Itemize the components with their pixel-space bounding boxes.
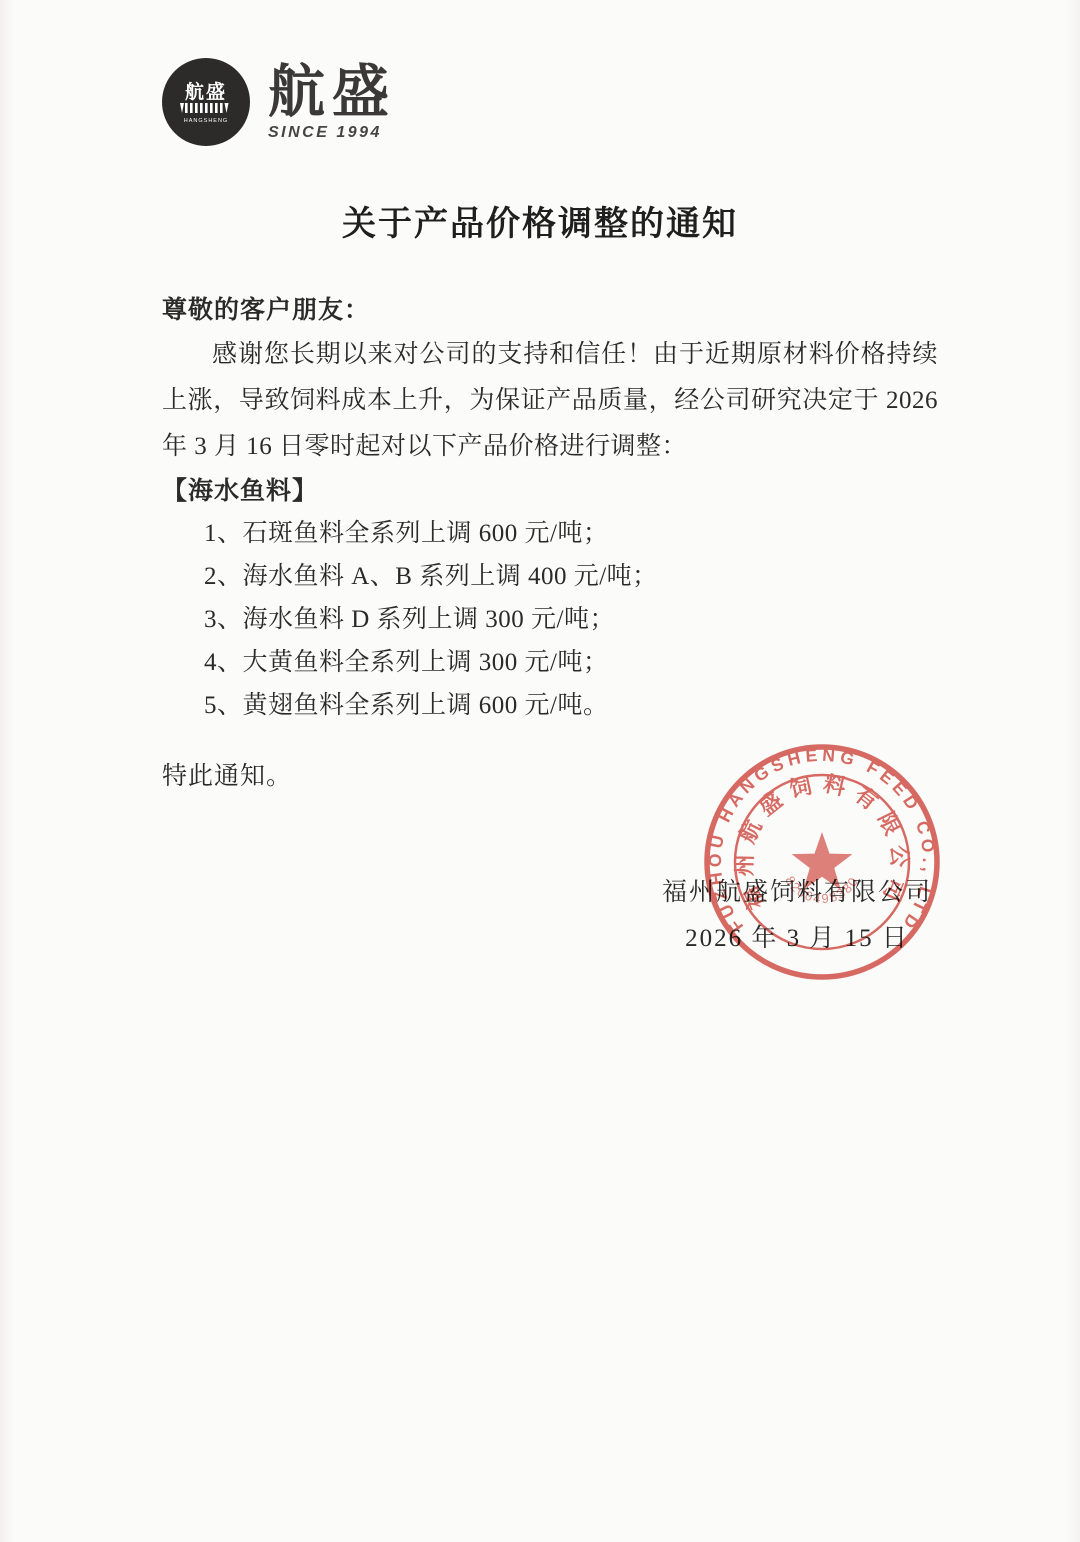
- list-item: 1、石斑鱼料全系列上调 600 元/吨；: [162, 512, 938, 555]
- company-seal-stamp: FUZHOU HANGSHENG FEED CO., LTD 福州航盛饲料有限公…: [698, 738, 946, 986]
- seal-star-icon: [792, 832, 853, 890]
- notice-title: 关于产品价格调整的通知: [0, 196, 1080, 245]
- brand-emblem-icon: 航盛 HANGSHENG: [160, 56, 252, 148]
- intro-paragraph: 感谢您长期以来对公司的支持和信任！由于近期原材料价格持续上涨，导致饲料成本上升，…: [162, 332, 938, 470]
- brand-logo: 航盛 HANGSHENG 航盛 SINCE 1994: [160, 56, 396, 148]
- notice-body: 尊敬的客户朋友： 感谢您长期以来对公司的支持和信任！由于近期原材料价格持续上涨，…: [162, 290, 938, 799]
- document-page: 航盛 HANGSHENG 航盛 SINCE 1994 关于产品价格调整的通知 尊…: [0, 0, 1080, 1542]
- list-item: 5、黄翅鱼料全系列上调 600 元/吨。: [162, 684, 938, 727]
- salutation: 尊敬的客户朋友：: [162, 290, 938, 332]
- list-item: 3、海水鱼料 D 系列上调 300 元/吨；: [162, 598, 938, 641]
- section-header: 【海水鱼料】: [162, 472, 938, 512]
- company-seal-icon: FUZHOU HANGSHENG FEED CO., LTD 福州航盛饲料有限公…: [698, 738, 946, 986]
- seal-number: 8200498380: [782, 873, 862, 906]
- brand-wordmark-block: 航盛 SINCE 1994: [268, 62, 396, 142]
- emblem-subtext: HANGSHENG: [184, 118, 228, 124]
- list-item: 4、大黄鱼料全系列上调 300 元/吨；: [162, 641, 938, 684]
- emblem-characters: 航盛: [185, 80, 227, 103]
- brand-wordmark: 航盛: [268, 62, 396, 122]
- price-adjustment-list: 1、石斑鱼料全系列上调 600 元/吨； 2、海水鱼料 A、B 系列上调 400…: [162, 512, 938, 727]
- list-item: 2、海水鱼料 A、B 系列上调 400 元/吨；: [162, 555, 938, 598]
- brand-since-text: SINCE 1994: [268, 124, 396, 142]
